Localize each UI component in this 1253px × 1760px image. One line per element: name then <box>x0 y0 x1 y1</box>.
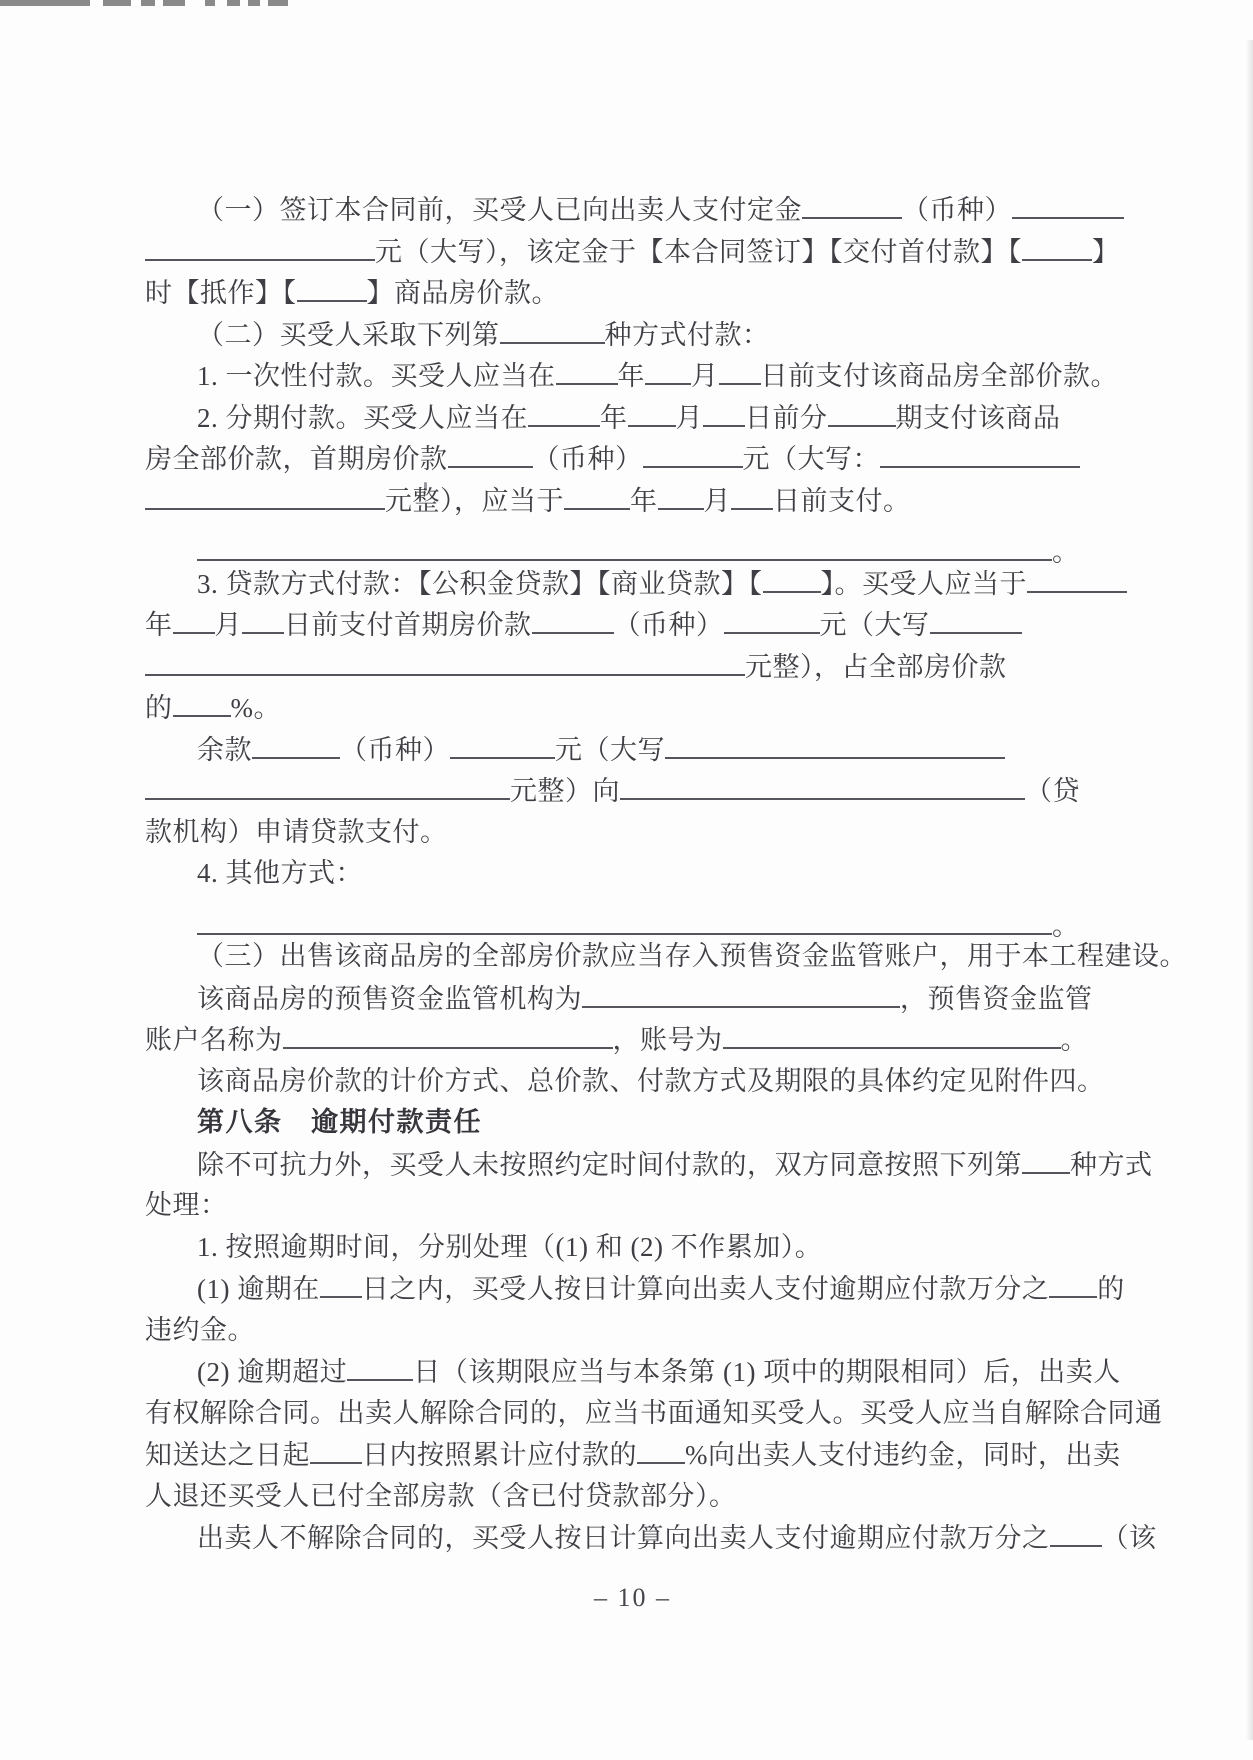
text-run: 年 <box>630 486 658 516</box>
text-run: 元（大写 <box>555 735 665 765</box>
text-run: 年 <box>618 361 646 391</box>
text-run: 1. 一次性付款。买受人应当在 <box>197 361 556 391</box>
blank-underline <box>283 1019 613 1049</box>
blank-underline <box>643 438 743 468</box>
text-run: 账户名称为 <box>145 1025 283 1055</box>
blank-underline <box>320 1268 362 1298</box>
blank-underline <box>665 729 1005 759</box>
text-run: (2) 逾期超过 <box>197 1357 347 1387</box>
contract-line: 2. 分期付款。买受人应当在年月日前分期支付该商品 <box>145 397 1120 439</box>
contract-line: 1. 一次性付款。买受人应当在年月日前支付该商品房全部价款。 <box>145 355 1120 397</box>
text-run: 。 <box>1052 911 1080 941</box>
text-run: 该商品房价款的计价方式、总价款、付款方式及期限的具体约定见附件四。 <box>197 1066 1105 1096</box>
text-run: 。 <box>1052 537 1080 567</box>
text-run: 知送达之日起 <box>145 1440 310 1470</box>
text-run: 】商品房价款。 <box>367 278 560 308</box>
text-run: 日前分 <box>745 403 828 433</box>
text-run: 元（大写 <box>820 610 930 640</box>
text-run: 元整），应当于 <box>385 486 564 516</box>
text-run: （该 <box>1102 1523 1157 1553</box>
text-run: 有权解除合同。出卖人解除合同的，应当书面通知买受人。买受人应当自解除合同通 <box>145 1398 1163 1428</box>
contract-line: 时【抵作】【】商品房价款。 <box>145 272 1120 314</box>
text-run: %。 <box>231 693 282 723</box>
blank-underline <box>173 604 215 634</box>
text-run: 元（大写： <box>743 444 881 474</box>
blank-underline <box>310 1434 362 1464</box>
blank-underline <box>145 480 385 510</box>
scan-dash <box>248 0 260 6</box>
blank-underline <box>564 480 630 510</box>
contract-line: 该商品房的预售资金监管机构为，预售资金监管 <box>145 978 1120 1020</box>
contract-line: (1) 逾期在日之内，买受人按日计算向出卖人支付逾期应付款万分之的 <box>145 1268 1120 1310</box>
text-run: 4. 其他方式： <box>197 858 363 888</box>
blank-underline <box>582 978 900 1008</box>
text-run: 日之内，买受人按日计算向出卖人支付逾期应付款万分之 <box>362 1274 1050 1304</box>
text-run: 种方式付款： <box>605 320 770 350</box>
contract-line: 年月日前支付首期房价款（币种）元（大写 <box>145 604 1120 646</box>
blank-underline <box>703 397 745 427</box>
blank-underline <box>532 604 614 634</box>
blank-underline <box>1022 1144 1070 1174</box>
blank-underline <box>347 1351 413 1381</box>
text-run: 年 <box>600 403 628 433</box>
text-run: 违约金。 <box>145 1315 255 1345</box>
text-run: 除不可抗力外，买受人未按照约定时间付款的，双方同意按照下列第 <box>197 1150 1022 1180</box>
blank-underline <box>145 770 510 800</box>
text-run: 年 <box>145 610 173 640</box>
text-run: （贷 <box>1025 776 1080 806</box>
text-run: ，账号为 <box>613 1025 723 1055</box>
blank-underline <box>802 189 902 219</box>
text-run: 处理： <box>145 1190 228 1220</box>
blank-underline <box>145 646 745 676</box>
blank-underline <box>1012 189 1124 219</box>
text-run: 元整），占全部房价款 <box>745 652 1007 682</box>
blank-underline <box>1050 1517 1102 1547</box>
contract-line: 处理： <box>145 1185 1120 1227</box>
contract-line: 款机构）申请贷款支付。 <box>145 812 1120 854</box>
blank-underline <box>628 397 676 427</box>
text-run: 2. 分期付款。买受人应当在 <box>197 403 528 433</box>
contract-line: 。 <box>145 531 1120 573</box>
blank-underline <box>450 729 555 759</box>
blank-underline <box>528 397 600 427</box>
contract-line: 元整），占全部房价款 <box>145 646 1120 688</box>
text-run: 。 <box>1061 1025 1089 1055</box>
text-run: ，预售资金监管 <box>900 984 1093 1014</box>
text-run: 第八条 逾期付款责任 <box>197 1107 482 1137</box>
blank-underline <box>645 355 691 385</box>
text-run: 出卖人不解除合同的，买受人按日计算向出卖人支付逾期应付款万分之 <box>197 1523 1050 1553</box>
text-run: 月 <box>691 361 719 391</box>
text-run: （币种） <box>902 195 1012 225</box>
blank-underline <box>197 905 1052 935</box>
blank-underline <box>1022 231 1092 261</box>
blank-underline <box>637 1434 685 1464</box>
text-run: 日（该期限应当与本条第 (1) 项中的期限相同）后，出卖人 <box>413 1357 1120 1387</box>
contract-line: 房全部价款，首期房价款（币种）元（大写： <box>145 438 1120 480</box>
contract-line: 出卖人不解除合同的，买受人按日计算向出卖人支付逾期应付款万分之（该 <box>145 1517 1120 1559</box>
blank-underline <box>242 604 284 634</box>
blank-underline <box>252 729 340 759</box>
blank-underline <box>731 480 773 510</box>
text-run: 人退还买受人已付全部房款（含已付贷款部分）。 <box>145 1481 737 1511</box>
scan-dash <box>268 0 288 6</box>
contract-line: 第八条 逾期付款责任 <box>145 1102 1120 1144</box>
blank-underline <box>723 1019 1061 1049</box>
blank-underline <box>880 438 1080 468</box>
text-run: 的 <box>1097 1274 1125 1304</box>
contract-line: (2) 逾期超过日（该期限应当与本条第 (1) 项中的期限相同）后，出卖人 <box>145 1351 1120 1393</box>
scan-dash <box>205 0 215 6</box>
text-run: （币种） <box>614 610 724 640</box>
contract-line: 人退还买受人已付全部房款（含已付贷款部分）。 <box>145 1476 1120 1518</box>
contract-line: 元整）向（贷 <box>145 770 1120 812</box>
blank-underline <box>930 604 1022 634</box>
text-run: 余款 <box>197 735 252 765</box>
contract-line: 知送达之日起日内按照累计应付款的%向出卖人支付违约金，同时，出卖 <box>145 1434 1120 1476</box>
scan-dash <box>103 0 131 6</box>
blank-underline <box>658 480 704 510</box>
scan-dash <box>141 0 155 6</box>
text-run: 期支付该商品 <box>896 403 1061 433</box>
contract-line: 违约金。 <box>145 1310 1120 1352</box>
text-run: 日前支付。 <box>773 486 911 516</box>
contract-line: 1. 按照逾期时间，分别处理（(1) 和 (2) 不作累加）。 <box>145 1227 1120 1269</box>
contract-line: 4. 其他方式： <box>145 853 1120 895</box>
blank-underline <box>1049 1268 1097 1298</box>
blank-underline <box>145 231 375 261</box>
text-run: （二）买受人采取下列第 <box>197 320 500 350</box>
page-number: – 10 – <box>145 1577 1120 1619</box>
text-run: 】 <box>1092 237 1120 267</box>
text-run: 房全部价款，首期房价款 <box>145 444 448 474</box>
contract-line: 。 <box>145 905 1120 947</box>
scanned-contract-page: （一）签订本合同前，买受人已向出卖人支付定金（币种）元（大写），该定金于【本合同… <box>0 0 1253 1760</box>
contract-body: （一）签订本合同前，买受人已向出卖人支付定金（币种）元（大写），该定金于【本合同… <box>145 189 1120 1618</box>
contract-line: 除不可抗力外，买受人未按照约定时间付款的，双方同意按照下列第种方式 <box>145 1144 1120 1186</box>
blank-underline <box>500 314 605 344</box>
text-run: 种方式 <box>1070 1150 1153 1180</box>
contract-line: 该商品房价款的计价方式、总价款、付款方式及期限的具体约定见附件四。 <box>145 1061 1120 1103</box>
contract-line: 的%。 <box>145 687 1120 729</box>
text-run: %向出卖人支付违约金，同时，出卖 <box>685 1440 1121 1470</box>
scan-dash <box>0 0 90 6</box>
contract-line: 有权解除合同。出卖人解除合同的，应当书面通知买受人。买受人应当自解除合同通 <box>145 1393 1120 1435</box>
text-run: 的 <box>145 693 173 723</box>
text-run: （币种） <box>340 735 450 765</box>
contract-line: 账户名称为，账号为。 <box>145 1019 1120 1061</box>
contract-line: （一）签订本合同前，买受人已向出卖人支付定金（币种） <box>145 189 1120 231</box>
blank-underline <box>448 438 533 468</box>
text-run: 1. 按照逾期时间，分别处理（(1) 和 (2) 不作累加）。 <box>197 1232 822 1262</box>
text-run: 月 <box>676 403 704 433</box>
text-run: 时【抵作】【 <box>145 278 297 308</box>
contract-line: 元整），应当于年月日前支付。 <box>145 480 1120 522</box>
text-run: 元整）向 <box>510 776 620 806</box>
text-run: 款机构）申请贷款支付。 <box>145 817 448 847</box>
text-run: 元（大写），该定金于【本合同签订】【交付首付款】【 <box>375 237 1022 267</box>
contract-line: 元（大写），该定金于【本合同签订】【交付首付款】【】 <box>145 231 1120 273</box>
page-edge-shadow <box>1246 40 1253 1740</box>
blank-underline <box>297 272 367 302</box>
blank-underline <box>620 770 1025 800</box>
text-run: 该商品房的预售资金监管机构为 <box>197 984 582 1014</box>
text-run: 日内按照累计应付款的 <box>362 1440 637 1470</box>
text-run: （一）签订本合同前，买受人已向出卖人支付定金 <box>197 195 802 225</box>
text-run: 日前支付该商品房全部价款。 <box>761 361 1119 391</box>
blank-underline <box>719 355 761 385</box>
blank-underline <box>556 355 618 385</box>
contract-line: （二）买受人采取下列第种方式付款： <box>145 314 1120 356</box>
text-run: （币种） <box>533 444 643 474</box>
blank-underline <box>197 531 1052 561</box>
text-run: 月 <box>215 610 243 640</box>
scan-dash <box>163 0 185 6</box>
text-run: 月 <box>704 486 732 516</box>
blank-underline <box>173 687 231 717</box>
blank-underline <box>724 604 820 634</box>
text-run: (1) 逾期在 <box>197 1274 320 1304</box>
contract-line: 余款（币种）元（大写 <box>145 729 1120 771</box>
text-run: 日前支付首期房价款 <box>284 610 532 640</box>
scan-dash <box>227 0 240 6</box>
blank-underline <box>828 397 896 427</box>
